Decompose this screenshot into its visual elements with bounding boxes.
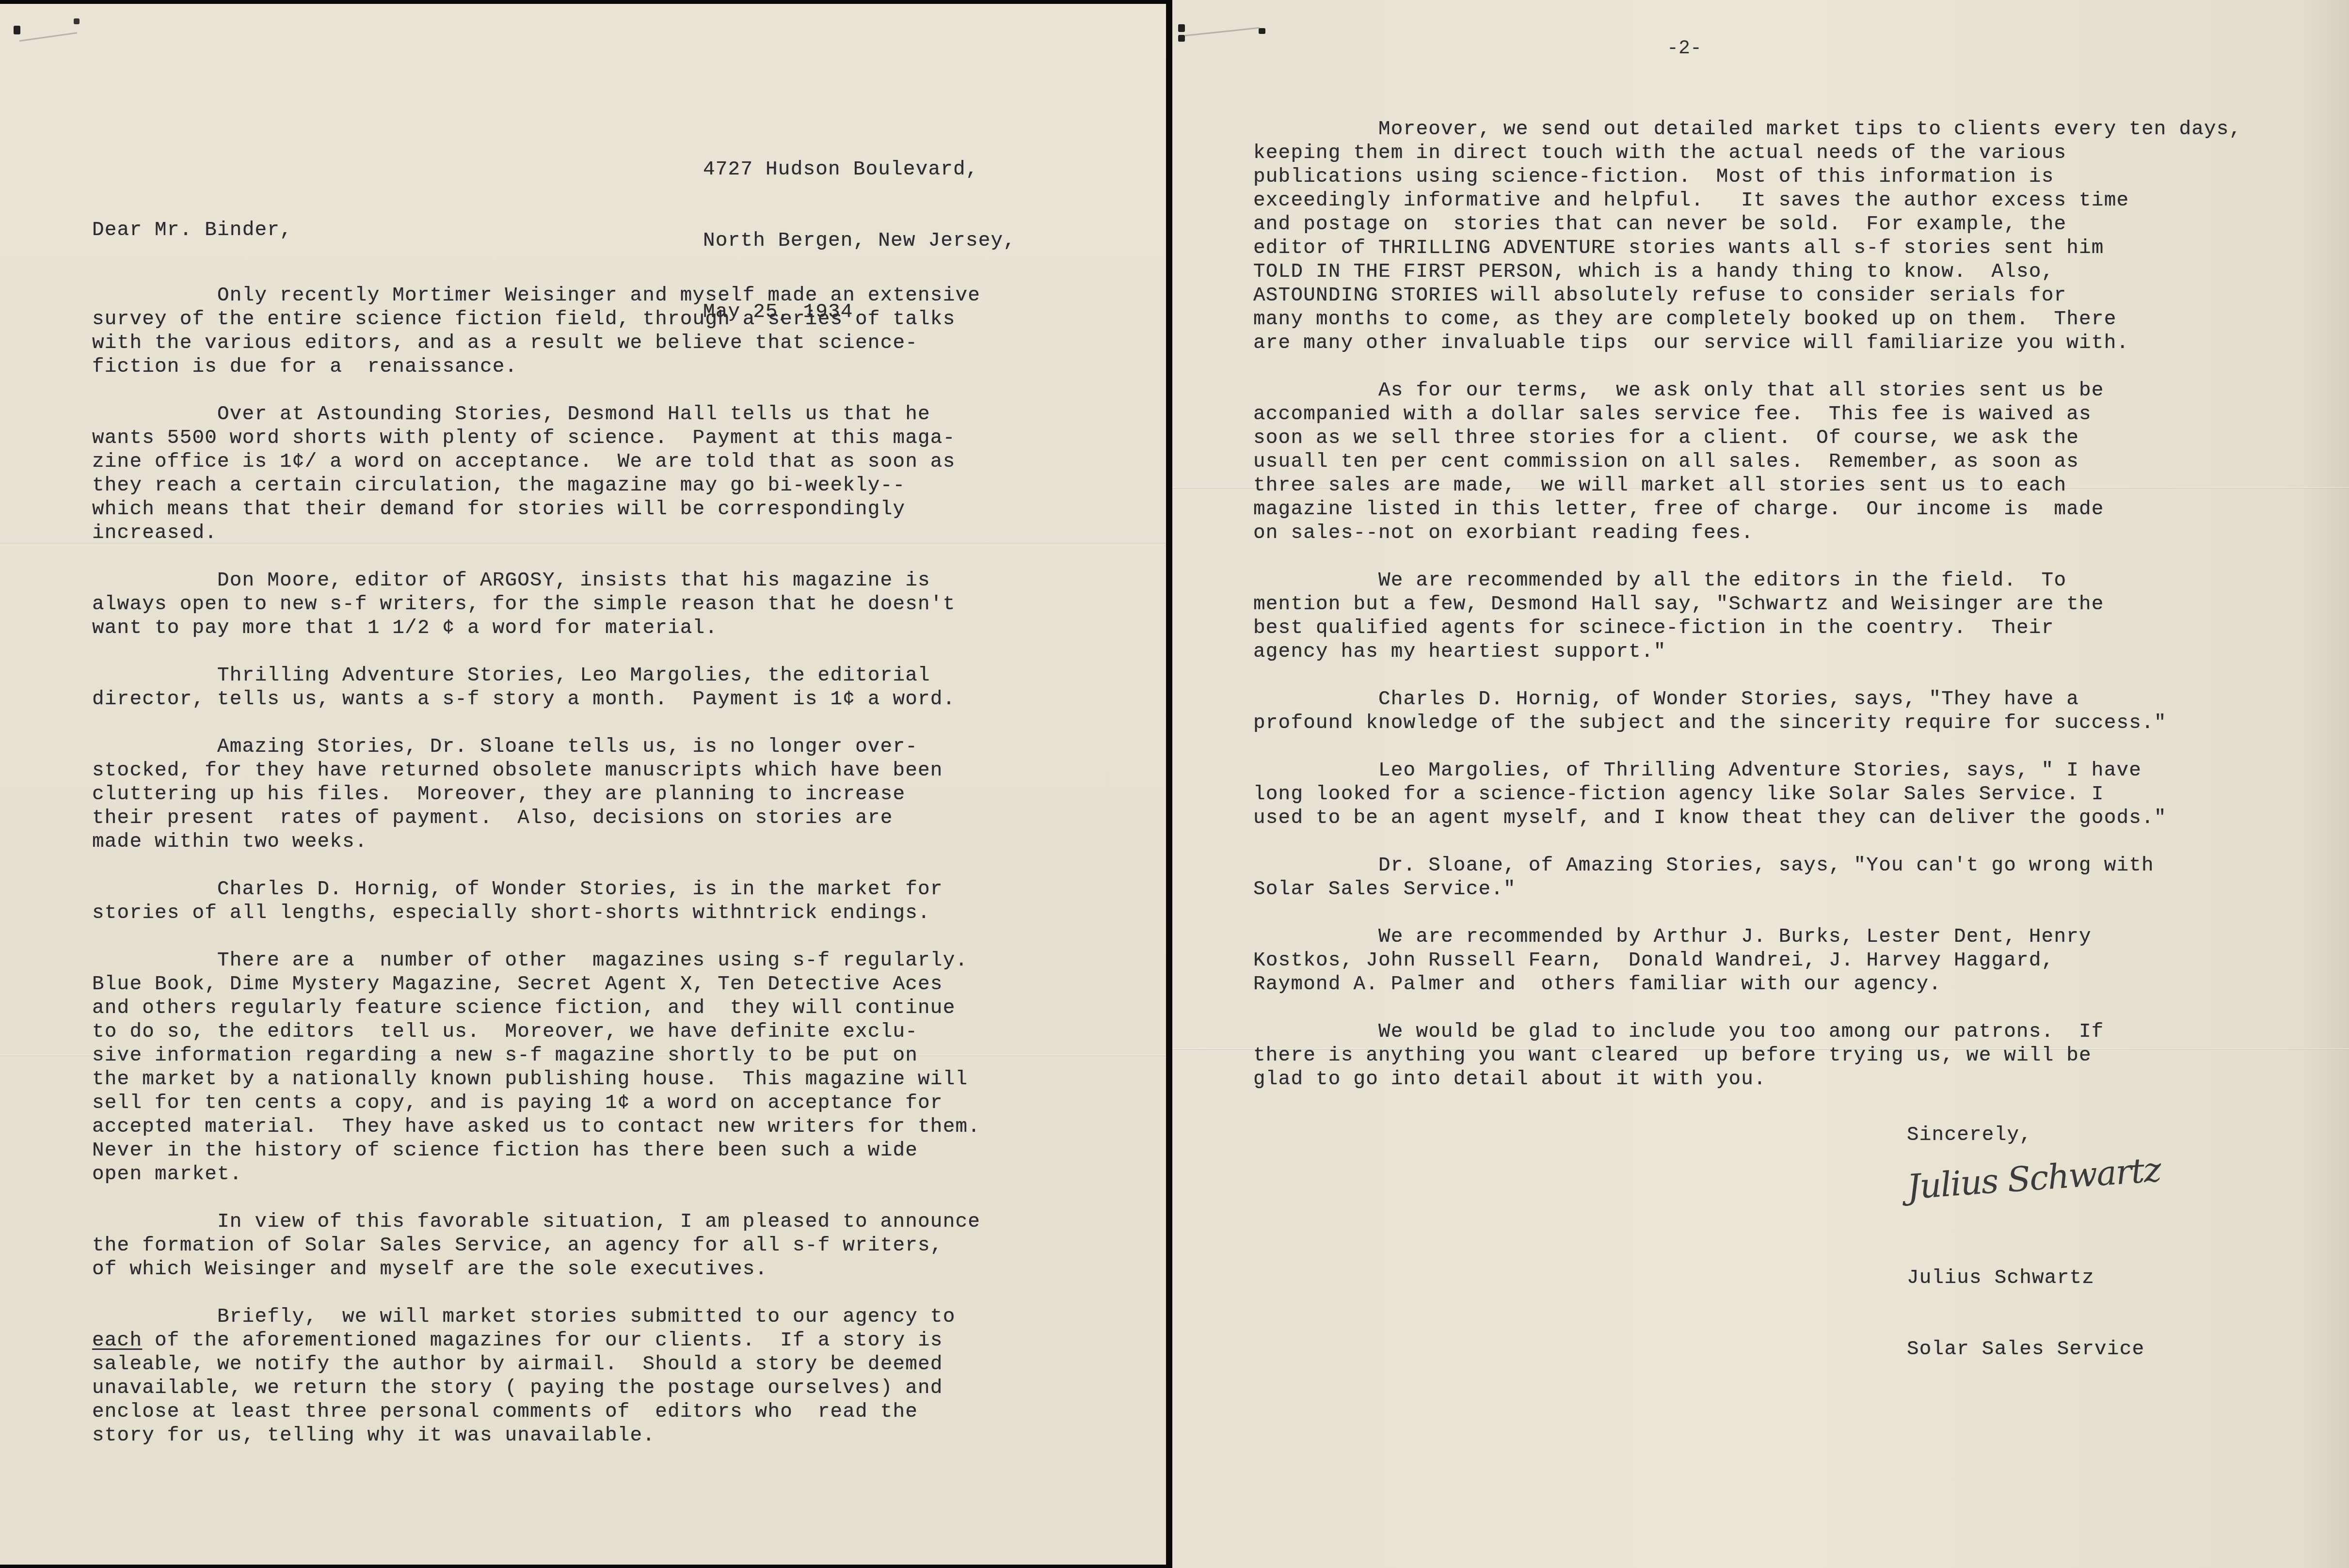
signature-block: Julius Schwartz Solar Sales Service (1907, 1219, 2144, 1409)
text-line: Kostkos, John Russell Fearn, Donald Wand… (1253, 949, 2241, 973)
paragraph: In view of this favorable situation, I a… (92, 1210, 980, 1282)
text-line: There are a number of other magazines us… (92, 949, 980, 973)
text-line: accompanied with a dollar sales service … (1253, 403, 2241, 427)
text-line: zine office is 1¢/ a word on acceptance.… (92, 450, 980, 474)
text-line-content: As for our terms, we ask only that all s… (1378, 380, 2104, 402)
text-line: fiction is due for a renaissance. (92, 355, 980, 379)
text-line-content: Leo Margolies, of Thrilling Adventure St… (1378, 760, 2141, 782)
text-line: saleable, we notify the author by airmai… (92, 1353, 980, 1377)
text-line: ASTOUNDING STORIES will absolutely refus… (1253, 284, 2241, 308)
paragraph: There are a number of other magazines us… (92, 949, 980, 1187)
salutation: Dear Mr. Binder, (92, 219, 292, 242)
text-line: Solar Sales Service." (1253, 878, 2241, 902)
text-line: their present rates of payment. Also, de… (92, 807, 980, 830)
text-line: We would be glad to include you too amon… (1253, 1020, 2241, 1044)
page-number: -2- (1667, 38, 1702, 60)
staple-hole-mark (1178, 24, 1185, 32)
text-line: editor of THRILLING ADVENTURE stories wa… (1253, 237, 2241, 260)
paragraph: Don Moore, editor of ARGOSY, insists tha… (92, 569, 980, 640)
text-line: Dr. Sloane, of Amazing Stories, says, "Y… (1253, 854, 2241, 878)
paragraph: Briefly, we will market stories submitte… (92, 1305, 980, 1448)
signer-organization: Solar Sales Service (1907, 1338, 2144, 1362)
text-line: with the various editors, and as a resul… (92, 332, 980, 355)
text-line: As for our terms, we ask only that all s… (1253, 379, 2241, 403)
closing: Sincerely, (1907, 1124, 2032, 1147)
text-line: enclose at least three personal comments… (92, 1400, 980, 1424)
text-line-content: We are recommended by Arthur J. Burks, L… (1378, 926, 2092, 948)
text-line: Don Moore, editor of ARGOSY, insists tha… (92, 569, 980, 593)
text-line: made within two weeks. (92, 830, 980, 854)
text-line: Only recently Mortimer Weisinger and mys… (92, 284, 980, 308)
text-line: best qualified agents for scinece-fictio… (1253, 617, 2241, 640)
text-line: stories of all lengths, especially short… (92, 902, 980, 925)
text-line: increased. (92, 522, 980, 545)
text-line: accepted material. They have asked us to… (92, 1115, 980, 1139)
staple-hole-mark (1259, 28, 1265, 34)
text-line: stocked, for they have returned obsolete… (92, 759, 980, 783)
text-line: and others regularly feature science fic… (92, 997, 980, 1020)
letter-page-1: 4727 Hudson Boulevard, North Bergen, New… (0, 4, 1166, 1565)
handwritten-signature: Julius Schwartz (1906, 1150, 2162, 1207)
text-line-content: Over at Astounding Stories, Desmond Hall… (217, 403, 930, 426)
text-line-content: We would be glad to include you too amon… (1378, 1021, 2104, 1043)
text-line: Charles D. Hornig, of Wonder Stories, sa… (1253, 688, 2241, 712)
text-line: there is anything you want cleared up be… (1253, 1044, 2241, 1068)
address-street: 4727 Hudson Boulevard, (703, 158, 1016, 182)
text-line: which means that their demand for storie… (92, 498, 980, 522)
text-line: usuall ten per cent commission on all sa… (1253, 450, 2241, 474)
text-line: Thrilling Adventure Stories, Leo Margoli… (92, 664, 980, 688)
underlined-word: each (92, 1330, 142, 1352)
text-line: want to pay more that 1 1/2 ¢ a word for… (92, 617, 980, 640)
text-line: Never in the history of science fiction … (92, 1139, 980, 1163)
text-line-content: Charles D. Hornig, of Wonder Stories, sa… (1378, 688, 2079, 711)
paragraph: We are recommended by Arthur J. Burks, L… (1253, 925, 2241, 997)
text-line: director, tells us, wants a s-f story a … (92, 688, 980, 712)
text-line-content: There are a number of other magazines us… (217, 950, 968, 972)
text-line: story for us, telling why it was unavail… (92, 1424, 980, 1448)
text-line: long looked for a science-fiction agency… (1253, 783, 2241, 807)
text-line: Moreover, we send out detailed market ti… (1253, 118, 2241, 142)
text-line: Charles D. Hornig, of Wonder Stories, is… (92, 878, 980, 902)
text-line: cluttering up his files. Moreover, they … (92, 783, 980, 807)
text-line: exceedingly informative and helpful. It … (1253, 189, 2241, 213)
signer-name: Julius Schwartz (1907, 1267, 2144, 1290)
text-line: soon as we sell three stories for a clie… (1253, 427, 2241, 450)
text-line-content: Amazing Stories, Dr. Sloane tells us, is… (217, 736, 918, 758)
text-line: glad to go into detail about it with you… (1253, 1068, 2241, 1092)
text-line: wants 5500 word shorts with plenty of sc… (92, 427, 980, 450)
text-line-content: We are recommended by all the editors in… (1378, 570, 2066, 592)
paragraph: Dr. Sloane, of Amazing Stories, says, "Y… (1253, 854, 2241, 902)
staple-hole-mark (1178, 35, 1185, 42)
text-line: In view of this favorable situation, I a… (92, 1210, 980, 1234)
paragraph: Leo Margolies, of Thrilling Adventure St… (1253, 759, 2241, 830)
text-line: of which Weisinger and myself are the so… (92, 1258, 980, 1282)
text-line: Amazing Stories, Dr. Sloane tells us, is… (92, 735, 980, 759)
text-line: Over at Astounding Stories, Desmond Hall… (92, 403, 980, 427)
text-line-content: Moreover, we send out detailed market ti… (1378, 118, 2241, 141)
text-line: to do so, the editors tell us. Moreover,… (92, 1020, 980, 1044)
text-line: Blue Book, Dime Mystery Magazine, Secret… (92, 973, 980, 997)
text-line-content: Briefly, we will market stories submitte… (217, 1306, 955, 1328)
text-line-content: In view of this favorable situation, I a… (217, 1211, 980, 1233)
paragraph: Moreover, we send out detailed market ti… (1253, 118, 2241, 355)
text-line: profound knowledge of the subject and th… (1253, 712, 2241, 735)
paragraph: Only recently Mortimer Weisinger and mys… (92, 284, 980, 379)
letter-body-page-2: Moreover, we send out detailed market ti… (1253, 118, 2241, 1115)
text-line: sell for ten cents a copy, and is paying… (92, 1092, 980, 1115)
paragraph: Amazing Stories, Dr. Sloane tells us, is… (92, 735, 980, 854)
paragraph: As for our terms, we ask only that all s… (1253, 379, 2241, 545)
staple-hole-mark (74, 18, 80, 24)
paragraph: Thrilling Adventure Stories, Leo Margoli… (92, 664, 980, 712)
text-line: unavailable, we return the story ( payin… (92, 1377, 980, 1400)
staple-scratch (19, 32, 77, 42)
text-line: used to be an agent myself, and I know t… (1253, 807, 2241, 830)
paragraph: We are recommended by all the editors in… (1253, 569, 2241, 664)
address-city: North Bergen, New Jersey, (703, 229, 1016, 253)
text-line: on sales--not on exorbiant reading fees. (1253, 522, 2241, 545)
text-line: TOLD IN THE FIRST PERSON, which is a han… (1253, 260, 2241, 284)
letter-body-page-1: Only recently Mortimer Weisinger and mys… (92, 284, 980, 1472)
text-line: and postage on stories that can never be… (1253, 213, 2241, 237)
text-line: the market by a nationally known publish… (92, 1068, 980, 1092)
text-line-content: Only recently Mortimer Weisinger and mys… (217, 285, 980, 307)
text-line: always open to new s-f writers, for the … (92, 593, 980, 617)
text-line: sive information regarding a new s-f mag… (92, 1044, 980, 1068)
text-line: the formation of Solar Sales Service, an… (92, 1234, 980, 1258)
text-line: three sales are made, we will market all… (1253, 474, 2241, 498)
paragraph: Charles D. Hornig, of Wonder Stories, is… (92, 878, 980, 925)
text-line: magazine listed in this letter, free of … (1253, 498, 2241, 522)
text-line: many months to come, as they are complet… (1253, 308, 2241, 332)
text-line: Raymond A. Palmer and others familiar wi… (1253, 973, 2241, 997)
text-line: keeping them in direct touch with the ac… (1253, 142, 2241, 165)
text-line: Leo Margolies, of Thrilling Adventure St… (1253, 759, 2241, 783)
staple-hole-mark (14, 26, 20, 34)
paragraph: Over at Astounding Stories, Desmond Hall… (92, 403, 980, 545)
text-line: they reach a certain circulation, the ma… (92, 474, 980, 498)
letter-page-2: -2- Moreover, we send out detailed marke… (1172, 0, 2349, 1568)
paragraph: We would be glad to include you too amon… (1253, 1020, 2241, 1092)
text-line: are many other invaluable tips our servi… (1253, 332, 2241, 355)
text-line: each of the aforementioned magazines for… (92, 1329, 980, 1353)
text-line: open market. (92, 1163, 980, 1187)
text-line-content: Charles D. Hornig, of Wonder Stories, is… (217, 878, 943, 901)
text-line: survey of the entire science fiction fie… (92, 308, 980, 332)
text-line: We are recommended by Arthur J. Burks, L… (1253, 925, 2241, 949)
text-line: Briefly, we will market stories submitte… (92, 1305, 980, 1329)
text-line: publications using science-fiction. Most… (1253, 165, 2241, 189)
text-line-content: Thrilling Adventure Stories, Leo Margoli… (217, 665, 930, 687)
paragraph: Charles D. Hornig, of Wonder Stories, sa… (1253, 688, 2241, 735)
text-line: We are recommended by all the editors in… (1253, 569, 2241, 593)
text-line-content: Don Moore, editor of ARGOSY, insists tha… (217, 570, 930, 592)
text-line: agency has my heartiest support." (1253, 640, 2241, 664)
text-line-content: Dr. Sloane, of Amazing Stories, says, "Y… (1378, 855, 2154, 877)
staple-scratch (1185, 27, 1260, 36)
text-line: mention but a few, Desmond Hall say, "Sc… (1253, 593, 2241, 617)
